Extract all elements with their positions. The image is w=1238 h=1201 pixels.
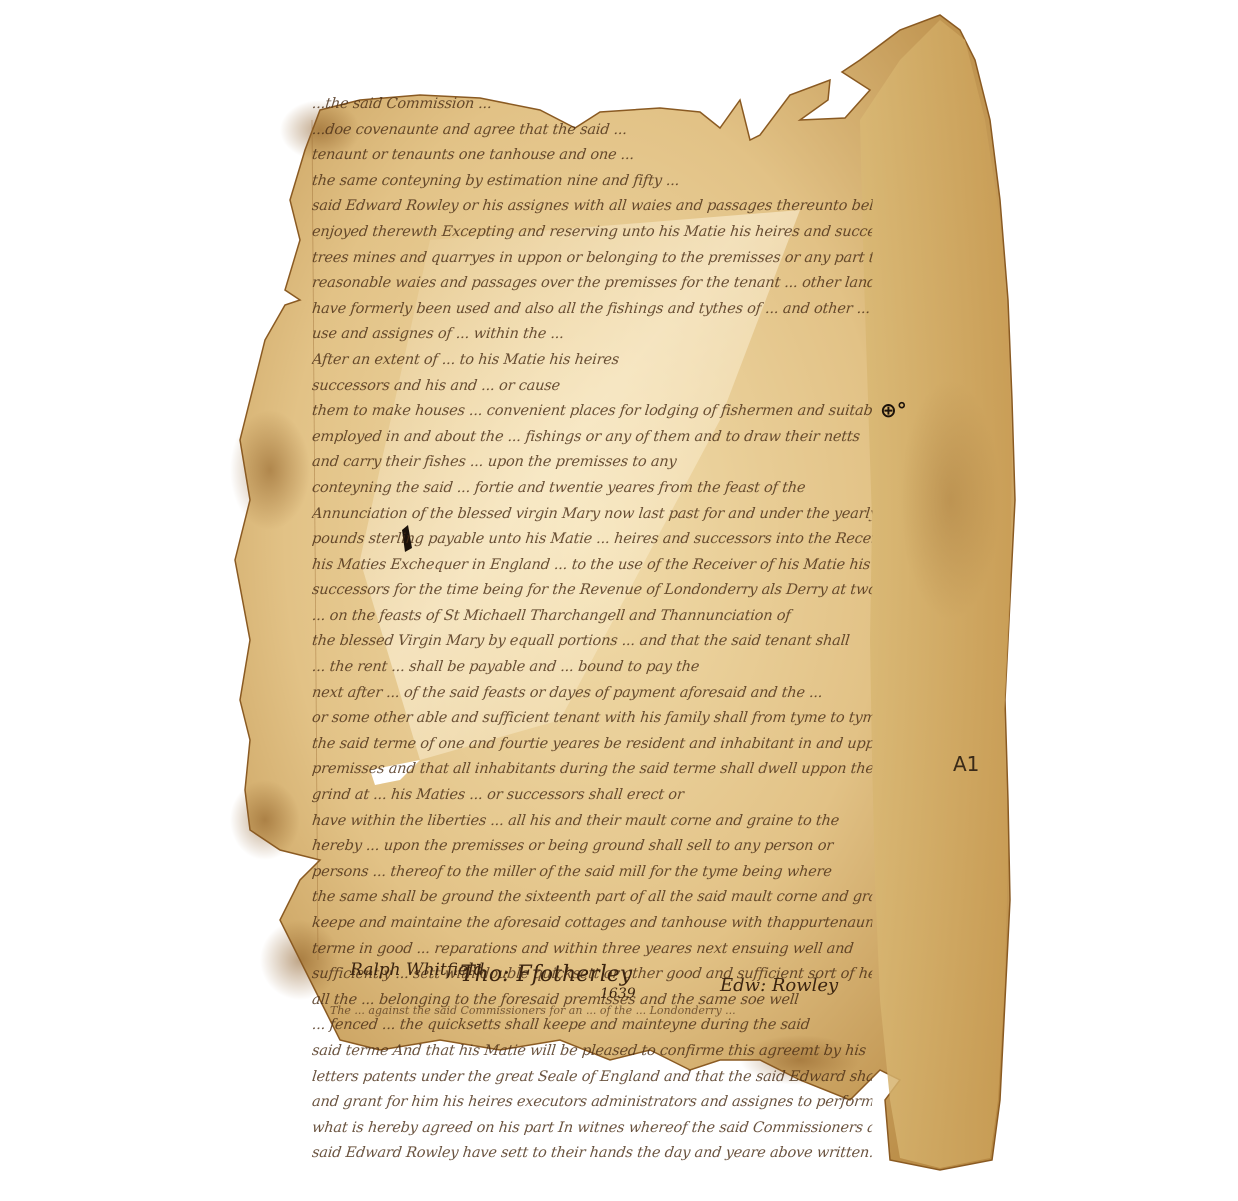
manuscript-line: terme in good ... reparations and within… — [311, 937, 874, 963]
manuscript-line: successors and his and ... or cause — [311, 374, 874, 400]
manuscript-line: tenaunt or tenaunts one tanhouse and one… — [311, 143, 874, 169]
manuscript-line: letters patents under the great Seale of… — [311, 1065, 874, 1091]
footer-fragment: The ... against the said Commissioners f… — [330, 1004, 850, 1018]
manuscript-line: pounds sterling payable unto his Matie .… — [311, 527, 874, 553]
manuscript-line: have formerly been used and also all the… — [311, 297, 874, 323]
manuscript-line: ...doe covenaunte and agree that the sai… — [311, 118, 874, 144]
manuscript-line: trees mines and quarryes in uppon or bel… — [311, 246, 874, 272]
manuscript-line: conteyning the said ... fortie and twent… — [311, 476, 874, 502]
manuscript-line: said terme And that his Matie will be pl… — [311, 1039, 874, 1065]
manuscript-line: his Maties Exchequer in England ... to t… — [311, 553, 874, 579]
signature-fotherley: Tho: Ffotherley — [460, 962, 632, 987]
manuscript-line: ... on the feasts of St Michaell Tharcha… — [311, 604, 874, 630]
manuscript-line: the blessed Virgin Mary by equall portio… — [311, 629, 874, 655]
manuscript-line: enjoyed therewth Excepting and reserving… — [311, 220, 874, 246]
manuscript-line: and carry their fishes ... upon the prem… — [311, 450, 874, 476]
document-scan: ...the said Commission ... ...doe covena… — [0, 0, 1238, 1201]
manuscript-line: have within the liberties ... all his an… — [311, 809, 874, 835]
manuscript-line: the same shall be ground the sixteenth p… — [311, 885, 874, 911]
manuscript-line: the same conteyning by estimation nine a… — [311, 169, 874, 195]
manuscript-line: said Edward Rowley have sett to their ha… — [311, 1141, 874, 1167]
manuscript-line: reasonable waies and passages over the p… — [311, 271, 874, 297]
manuscript-line: and grant for him his heires executors a… — [311, 1090, 874, 1116]
manuscript-line: successors for the time being for the Re… — [311, 578, 874, 604]
manuscript-line: hereby ... upon the premisses or being g… — [311, 834, 874, 860]
archive-reference-mark: A1 — [953, 752, 979, 776]
manuscript-line: said Edward Rowley or his assignes with … — [311, 194, 874, 220]
signature-rowley: Edw: Rowley — [720, 975, 838, 996]
manuscript-line: next after ... of the said feasts or day… — [311, 681, 874, 707]
manuscript-line: After an extent of ... to his Matie his … — [311, 348, 874, 374]
manuscript-line: or some other able and sufficient tenant… — [311, 706, 874, 732]
manuscript-line: use and assignes of ... within the ... — [311, 322, 874, 348]
manuscript-line: persons ... thereof to the miller of the… — [311, 860, 874, 886]
manuscript-line: ...the said Commission ... — [311, 92, 874, 118]
signature-date: 1639 — [600, 986, 636, 1002]
manuscript-line: ... the rent ... shall be payable and ..… — [311, 655, 874, 681]
manuscript-line: them to make houses ... convenient place… — [311, 399, 874, 425]
manuscript-line: what is hereby agreed on his part In wit… — [311, 1116, 874, 1142]
manuscript-line: premisses and that all inhabitants durin… — [311, 757, 874, 783]
manuscript-line: keepe and maintaine the aforesaid cottag… — [311, 911, 874, 937]
manuscript-line: employed in and about the ... fishings o… — [311, 425, 874, 451]
manuscript-line: grind at ... his Maties ... or successor… — [311, 783, 874, 809]
manuscript-line: Annunciation of the blessed virgin Mary … — [311, 502, 874, 528]
marginal-symbol-mark: ⊕° — [880, 398, 907, 422]
manuscript-line: the said terme of one and fourtie yeares… — [311, 732, 874, 758]
